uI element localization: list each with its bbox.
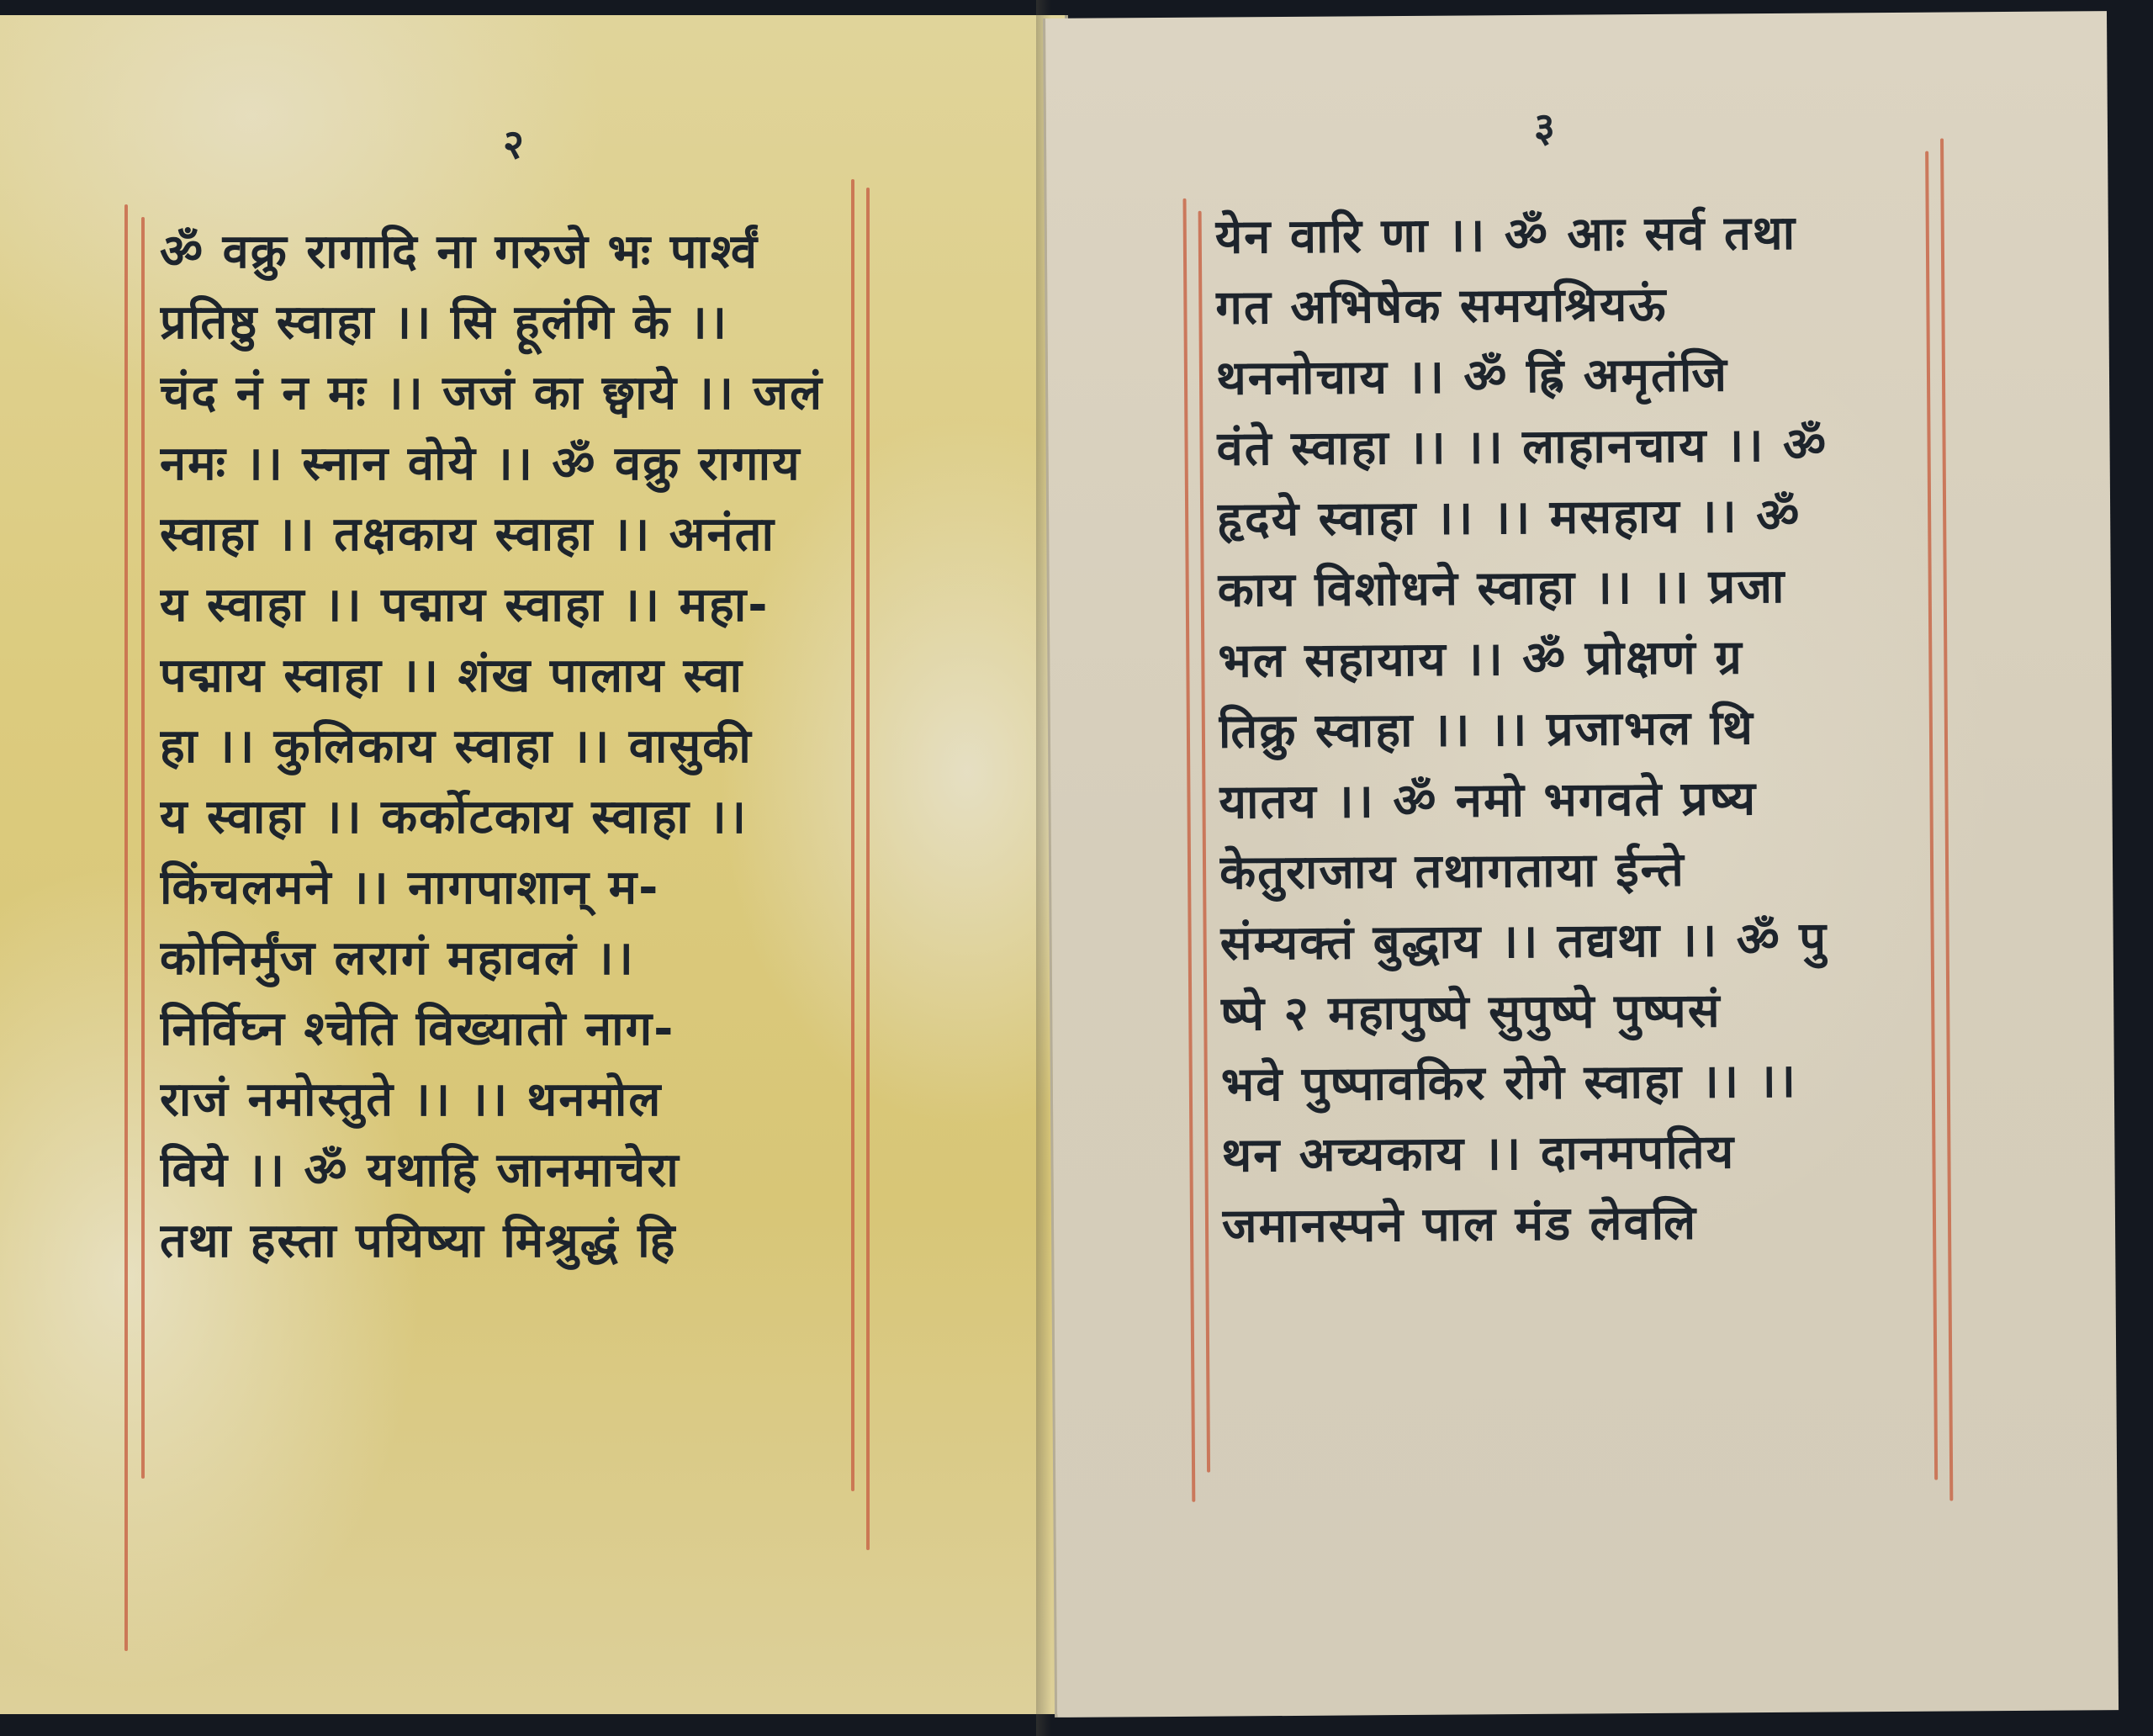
text-line: भल सहायाय ।। ॐ प्रोक्षणं ग्र xyxy=(1218,622,1933,697)
left-margin-rule-inner xyxy=(141,217,145,1479)
page-number: २ xyxy=(503,116,524,171)
right-margin-rule-outer xyxy=(1940,139,1953,1501)
text-line: चंद नं न मः ।। जजं का छ्वाये ।। जलं xyxy=(160,358,858,429)
left-margin-rule-outer xyxy=(124,204,128,1651)
text-line: राजं नमोस्तुते ।। ।। थनमोल xyxy=(160,1065,858,1135)
left-margin-rule-inner xyxy=(1198,211,1210,1473)
page-number: ३ xyxy=(1534,99,1555,154)
text-line: पद्माय स्वाहा ।। शंख पालाय स्वा xyxy=(160,641,858,712)
text-line: गत अभिषेक समयश्रियऊं xyxy=(1215,268,1931,344)
text-line: हृदये स्वाहा ।। ।। मसहाय ।। ॐ xyxy=(1217,480,1933,556)
text-line: कोनिर्मुंज लरागं महावलं ।। xyxy=(160,924,858,994)
left-page-text: ॐ वक्रु रागादि ना गरुजे भः पार्श्वं प्रत… xyxy=(160,217,858,1277)
text-line: जमानस्पने पाल मंड लेवलि xyxy=(1222,1187,1938,1262)
text-line: विये ।। ॐ यथाहि जानमाचेरा xyxy=(160,1135,858,1206)
text-line: हा ।। कुलिकाय स्वाहा ।। वासुकी xyxy=(160,712,858,782)
text-line: तिक्रु स्वाहा ।। ।। प्रजाभल थि xyxy=(1219,692,1934,768)
left-manuscript-page: २ ॐ वक्रु रागादि ना गरुजे भः पार्श्वं प्… xyxy=(0,15,1068,1714)
text-line: य स्वाहा ।। पद्माय स्वाहा ।। महा- xyxy=(160,570,858,641)
text-line: भवे पुष्पावकिर रोगे स्वाहा ।। ।। xyxy=(1221,1045,1937,1121)
right-page-text: येन वारि णा ।। ॐ आः सर्व तथा गत अभिषेक स… xyxy=(1215,198,1938,1262)
text-line: य स्वाहा ।। कर्कोटकाय स्वाहा ।। xyxy=(160,782,858,853)
text-line: निर्विघ्न श्चेति विख्यातो नाग- xyxy=(160,994,858,1065)
text-line: थननोचाय ।। ॐ ह्रिं अमृतंजि xyxy=(1216,339,1932,415)
text-line: स्वाहा ।। तक्षकाय स्वाहा ।। अनंता xyxy=(160,500,858,570)
text-line: ष्पे २ महापुष्पे सुपुष्पे पुष्पसं xyxy=(1220,975,1936,1051)
text-line: प्रतिष्ठु स्वाहा ।। सि हूलंगि के ।। xyxy=(160,288,858,358)
text-line: ॐ वक्रु रागादि ना गरुजे भः पार्श्वं xyxy=(160,217,858,288)
text-line: तथा हस्ता पयिष्या मिश्रुद्धं हि xyxy=(160,1206,858,1277)
right-manuscript-page: ३ येन वारि णा ।। ॐ आः सर्व तथा गत अभिषेक… xyxy=(1043,11,2119,1717)
text-line: येन वारि णा ।। ॐ आः सर्व तथा xyxy=(1215,198,1931,273)
text-line: काय विशोधने स्वाहा ।। ।। प्रजा xyxy=(1217,551,1933,627)
text-line: यातय ।। ॐ नमो भगवते प्रष्य xyxy=(1219,763,1934,839)
text-line: संम्यक्तं बुद्धाय ।। तद्यथा ।। ॐ पु xyxy=(1219,904,1935,980)
left-margin-rule-outer xyxy=(1182,198,1195,1502)
right-margin-rule-outer xyxy=(866,188,870,1550)
text-line: वंते स्वाहा ।। ।। लाहानचाय ।। ॐ xyxy=(1216,410,1932,485)
text-line: थन अच्यकाय ।। दानमपतिय xyxy=(1221,1116,1937,1192)
text-line: नमः ।। स्नान वोये ।। ॐ वक्रु रागाय xyxy=(160,429,858,500)
text-line: किंचलमने ।। नागपाशान् म- xyxy=(160,853,858,924)
text-line: केतुराजाय तथागताया ईन्ते xyxy=(1219,834,1935,909)
